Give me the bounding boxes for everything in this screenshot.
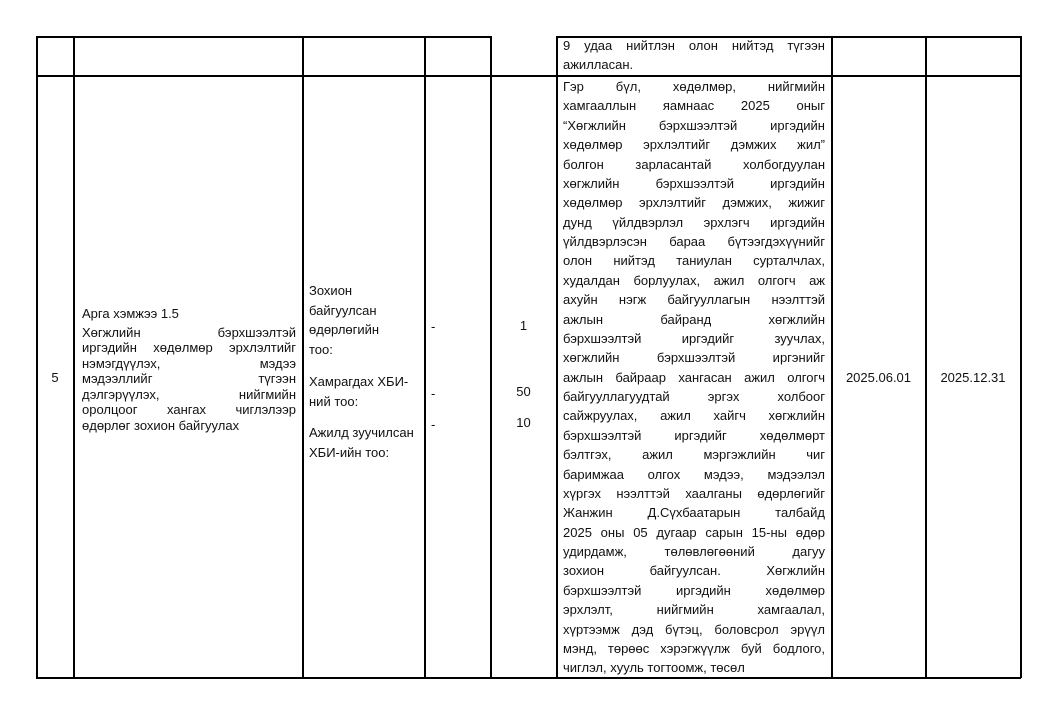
table-border-top-left — [36, 36, 491, 38]
report-line: сайжруулах, ажил хайгч хөгжлийн — [563, 406, 825, 425]
report-line: ажлын байраар хангасан ажил олгогч — [563, 368, 825, 387]
report-line: 9 удаа нийтлэн олон нийтэд түгээн — [563, 37, 825, 56]
report-line: дунд үйлдвэрлэл эрхлэгч иргэдийн — [563, 213, 825, 232]
indicator-target: 1 — [491, 317, 556, 336]
report-line: хүртээмж дэд бүтэц, боловсрол эрүүл — [563, 620, 825, 639]
indicator-target: 50 — [491, 383, 556, 402]
measure-line: өдөрлөг зохион байгуулах — [82, 418, 296, 434]
document-page: 9 удаа нийтлэн олон нийтэд түгээн ажилла… — [0, 0, 1054, 718]
report-line: олон нийтэд таниулан сурталчлах, — [563, 251, 825, 270]
col-border — [490, 36, 492, 678]
report-line: Гэр бүл, хөдөлмөр, нийгмийн — [563, 77, 825, 96]
col-border — [302, 36, 304, 678]
indicator-label: Зохион байгуулсан өдөрлөгийн тоо: — [309, 281, 405, 359]
col-border — [925, 36, 927, 678]
report-line: ахуйн нэгж байгууллагын нээлттэй — [563, 290, 825, 309]
measure-line: иргэдийн хөдөлмөр эрхлэлтийг — [82, 340, 296, 356]
report-line: эрхлэлт, нийгмийн хамгаалал, — [563, 600, 825, 619]
indicator-label: Ажилд зуучилсан ХБИ-ийн тоо: — [309, 423, 421, 462]
report-line: мэнд, төрөөс хэрэгжүүлж буй бодлого, — [563, 639, 825, 658]
report-line: бэрхшээлтэй иргэдийг зуучлах, — [563, 329, 825, 348]
report-line: байгууллагуудтай эргэх холбоог — [563, 387, 825, 406]
indicator-target: 10 — [491, 414, 556, 433]
report-line: чиглэл, хууль тогтоомж, төсөл — [563, 658, 825, 677]
measure-line: дэлгэрүүлэх, нийгмийн — [82, 387, 296, 403]
report-line: хүргэх нээлттэй хаалганы өдөрлөгийг — [563, 484, 825, 503]
report-line: хөгжлийн бэрхшээлтэй иргэнийг — [563, 348, 825, 367]
report-line: ажлын байранд хөгжлийн — [563, 310, 825, 329]
report-line: ажилласан. — [563, 56, 825, 75]
report-line: хөдөлмөр эрхлэлтийг дэмжих жил” — [563, 135, 825, 154]
report-cell: Гэр бүл, хөдөлмөр, нийгмийнхамгааллын яа… — [563, 77, 825, 678]
report-line: хамгааллын яамнаас 2025 оныг — [563, 96, 825, 115]
measure-cell: Арга хэмжээ 1.5 Хөгжлийн бэрхшээлтэй ирг… — [82, 305, 296, 433]
report-line: 2025 оны 05 дугаар сарын 15-ны өдөр — [563, 523, 825, 542]
col-border — [73, 36, 75, 678]
report-line: “Хөгжлийн бэрхшээлтэй иргэдийн — [563, 116, 825, 135]
start-date: 2025.06.01 — [832, 369, 925, 388]
report-line: болгон зарласантай холбогдуулан — [563, 155, 825, 174]
indicator-baseline: - — [431, 385, 435, 404]
col-border — [36, 36, 38, 678]
col-border — [831, 36, 833, 678]
end-date: 2025.12.31 — [926, 369, 1020, 388]
measure-title: Арга хэмжээ 1.5 — [82, 305, 296, 324]
report-line: зохион байгуулсан. Хөгжлийн — [563, 561, 825, 580]
report-line: худалдан борлуулах, ажил олгогч аж — [563, 271, 825, 290]
report-line: удирдамж, төлөвлөгөөний дагуу — [563, 542, 825, 561]
col-border — [1020, 36, 1022, 678]
table-border-bottom — [36, 677, 1021, 679]
report-line: үйлдвэрлэсэн бараа бүтээгдэхүүнийг — [563, 232, 825, 251]
report-line: бэрхшээлтэй иргэдийг хөдөлмөрт — [563, 426, 825, 445]
indicator-baseline: - — [431, 416, 435, 435]
prev-row-report-cell: 9 удаа нийтлэн олон нийтэд түгээн ажилла… — [563, 37, 825, 74]
report-line: бэрхшээлтэй иргэдийн хөдөлмөр — [563, 581, 825, 600]
measure-line: оролцоог хангах чиглэлээр — [82, 402, 296, 418]
col-border — [424, 36, 426, 678]
report-line: хөдөлмөр эрхлэлтийг дэмжих, жижиг — [563, 193, 825, 212]
col-border — [556, 36, 558, 678]
measure-line: нэмэгдүүлэх, мэдээ — [82, 356, 296, 372]
measure-line: мэдээллийг түгээн — [82, 371, 296, 387]
report-line: бэлтгэх, ажил мэргэжлийн чиг — [563, 445, 825, 464]
indicator-baseline: - — [431, 318, 435, 337]
row-number: 5 — [37, 369, 73, 388]
measure-line: Хөгжлийн бэрхшээлтэй — [82, 325, 296, 341]
report-line: баримжаа олгох мэдээ, мэдээлэл — [563, 465, 825, 484]
indicator-label: Хамрагдах ХБИ-ний тоо: — [309, 372, 409, 411]
row-divider — [36, 75, 1021, 77]
report-line: хөгжлийн бэрхшээлтэй иргэдийн — [563, 174, 825, 193]
report-line: Жанжин Д.Сүхбаатарын талбайд — [563, 503, 825, 522]
